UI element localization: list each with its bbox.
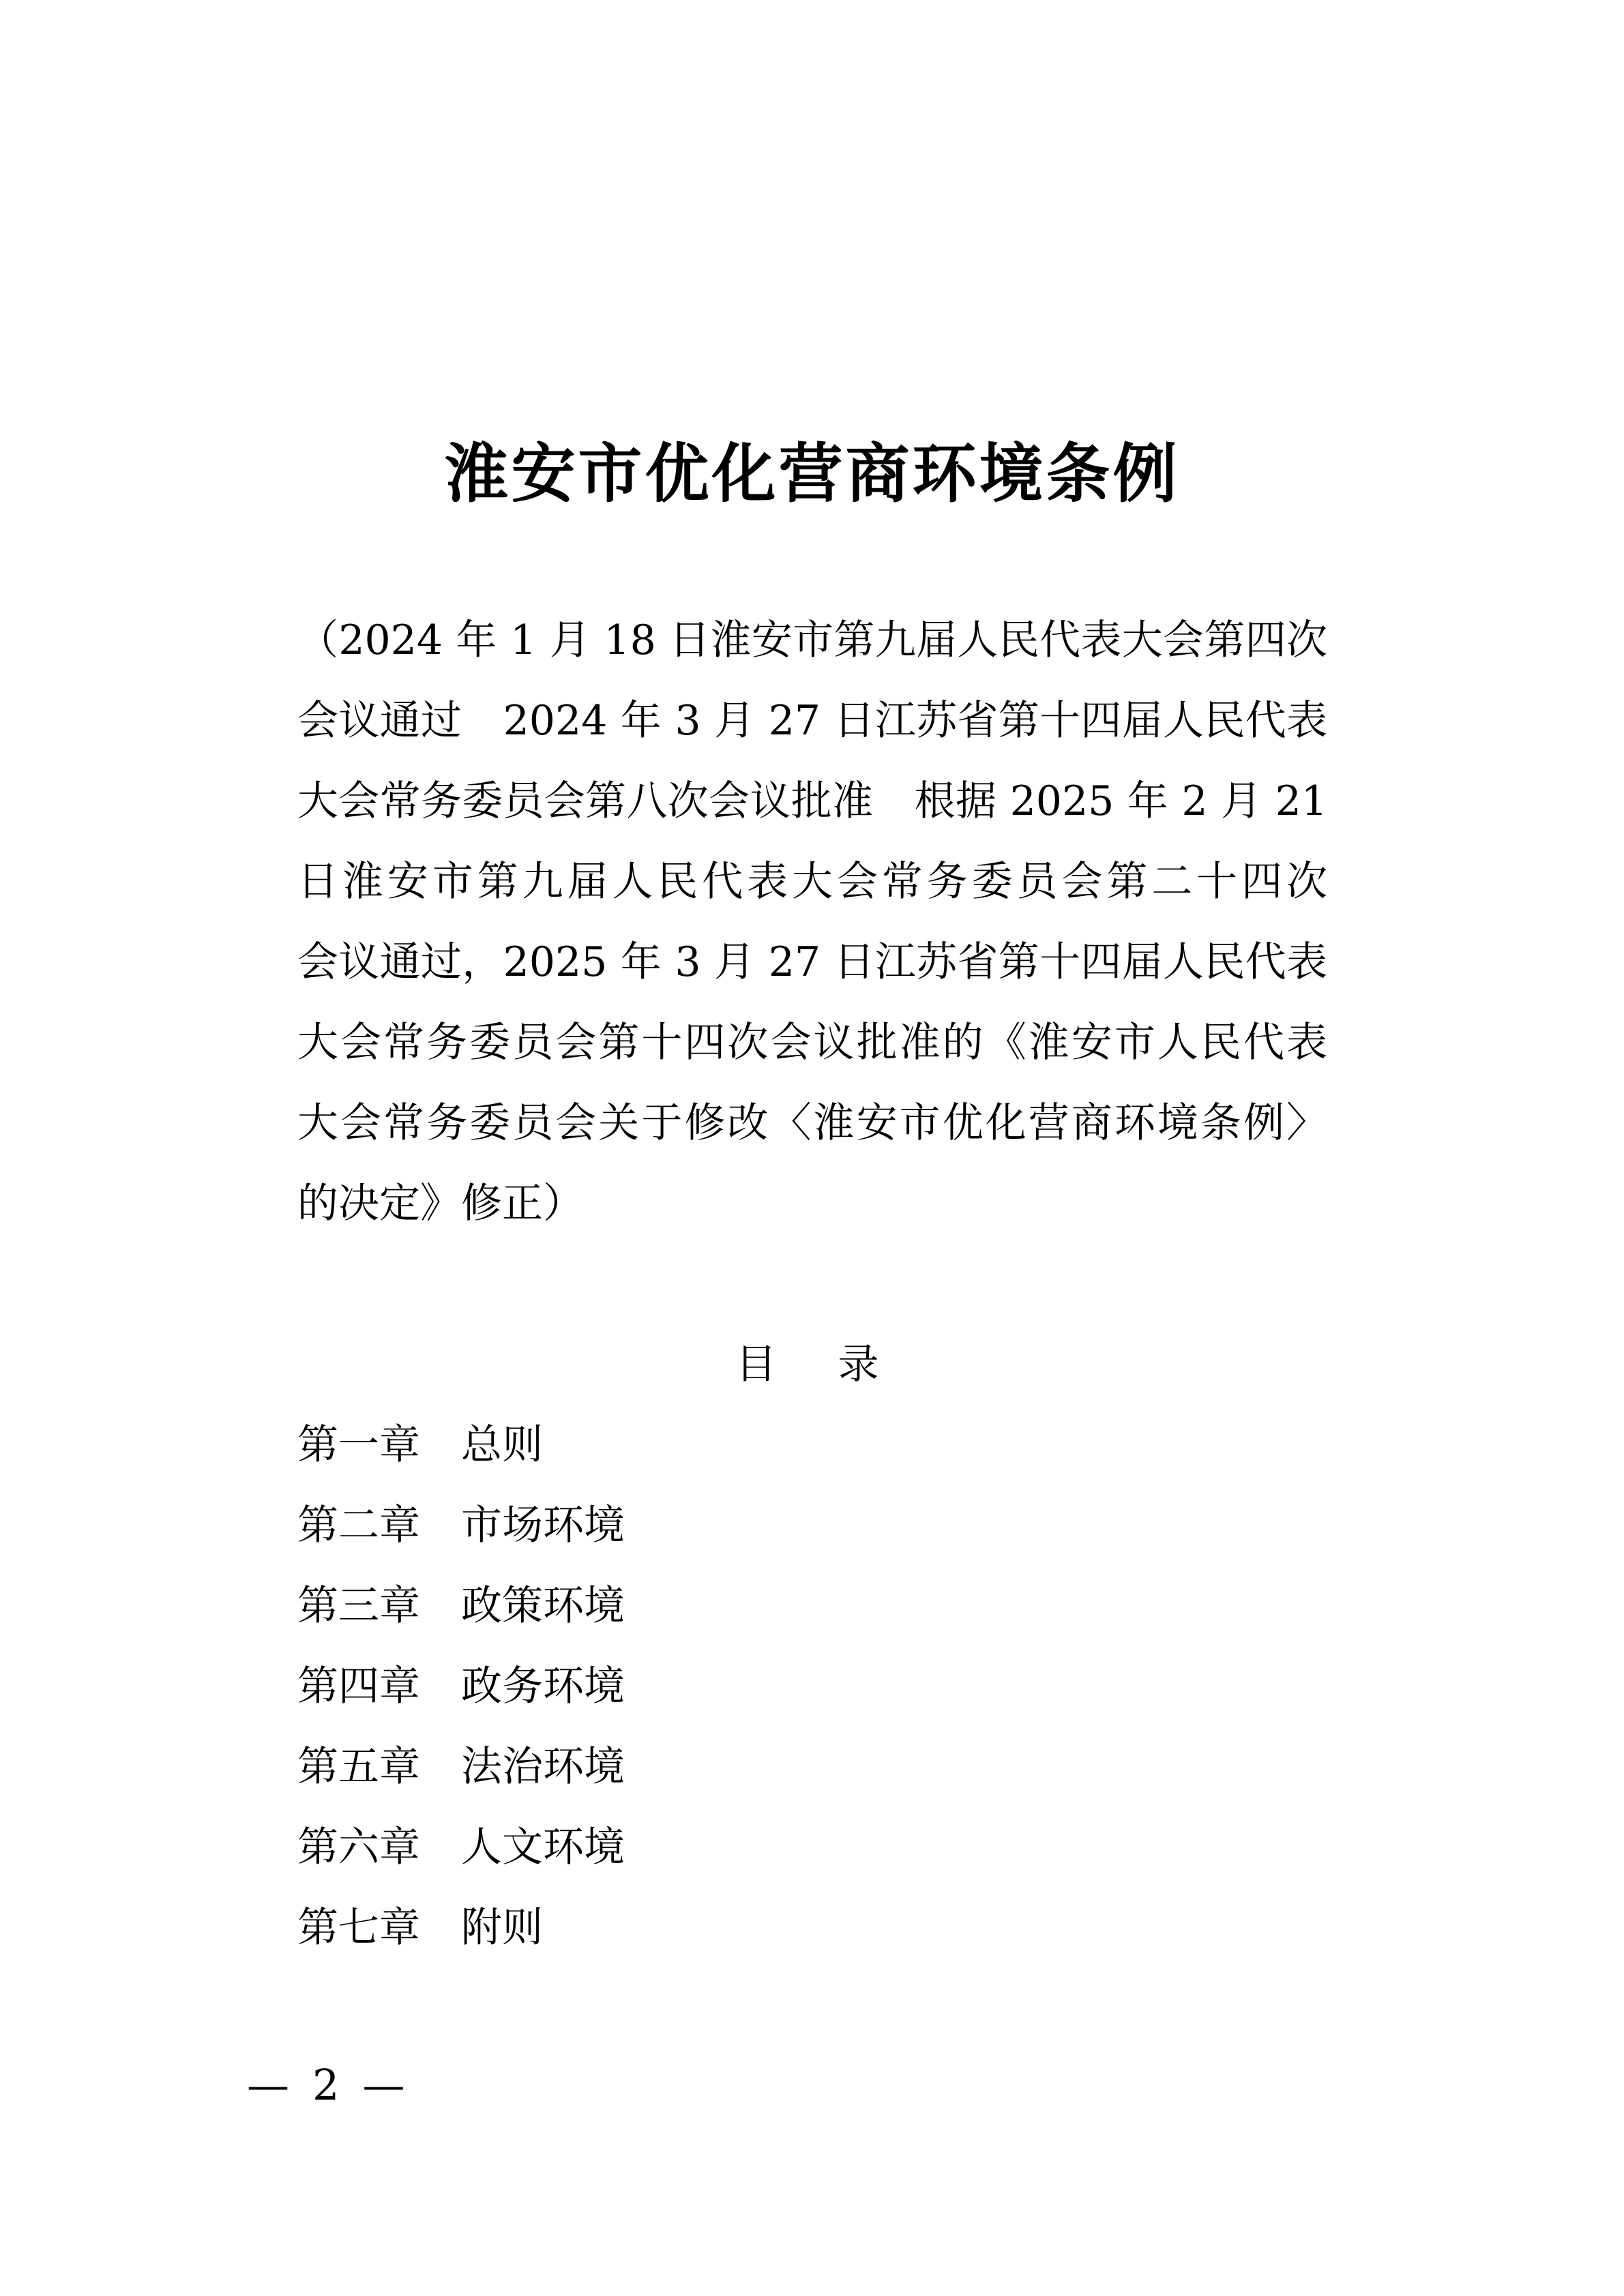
toc-separator [420, 1502, 461, 1549]
page-footer: —2— [247, 2063, 404, 2107]
toc-chapter-label: 第七章 [297, 1904, 420, 1952]
footer-dash-right: — [362, 2060, 404, 2110]
toc-chapter-label: 第三章 [297, 1582, 420, 1630]
document-title: 淮安市优化营商环境条例 [0, 442, 1624, 506]
toc-separator [420, 1582, 461, 1630]
toc-item: 第一章 总则 [297, 1405, 1327, 1485]
toc-chapter-title: 总则 [461, 1421, 543, 1469]
toc-item: 第五章 法治环境 [297, 1727, 1327, 1807]
preamble-line: 大会常务委员会第十四次会议批准的《淮安市人民代表 [297, 1002, 1327, 1083]
page-number: 2 [312, 2060, 339, 2110]
toc-chapter-title: 人文环境 [461, 1823, 625, 1871]
toc-chapter-title: 政务环境 [461, 1663, 625, 1710]
toc-separator [420, 1743, 461, 1791]
toc-item: 第四章 政务环境 [297, 1646, 1327, 1727]
toc-chapter-title: 市场环境 [461, 1502, 625, 1549]
toc-item: 第六章 人文环境 [297, 1807, 1327, 1888]
toc-item: 第七章 附则 [297, 1888, 1327, 1968]
toc-item: 第三章 政策环境 [297, 1566, 1327, 1646]
document-body: （2024 年 1 月 18 日淮安市第九届人民代表大会第四次 会议通过 202… [297, 600, 1327, 1968]
preamble-line: 日淮安市第九届人民代表大会常务委员会第二十四次 [297, 841, 1327, 922]
toc-chapter-label: 第六章 [297, 1823, 420, 1871]
preamble-line: 会议通过，2025 年 3 月 27 日江苏省第十四届人民代表 [297, 922, 1327, 1002]
preamble-line: 大会常务委员会第八次会议批准 根据 2025 年 2 月 21 [297, 761, 1327, 841]
footer-dash-left: — [247, 2060, 289, 2110]
preamble-line: （2024 年 1 月 18 日淮安市第九届人民代表大会第四次 [297, 600, 1327, 681]
toc-chapter-title: 政策环境 [461, 1582, 625, 1630]
toc-chapter-title: 附则 [461, 1904, 543, 1952]
toc-separator [420, 1421, 461, 1469]
toc-chapter-label: 第四章 [297, 1663, 420, 1710]
toc-chapter-label: 第一章 [297, 1421, 420, 1469]
toc-separator [420, 1823, 461, 1871]
toc-chapter-title: 法治环境 [461, 1743, 625, 1791]
toc-item: 第二章 市场环境 [297, 1485, 1327, 1566]
preamble-line: 的决定》修正） [297, 1163, 1327, 1244]
toc-separator [420, 1663, 461, 1710]
toc-list: 第一章 总则 第二章 市场环境 第三章 政策环境 第四章 政务环境 第五章 法治… [297, 1405, 1327, 1968]
preamble-line: 大会常务委员会关于修改〈淮安市优化营商环境条例〉 [297, 1083, 1327, 1163]
toc-heading: 目 录 [297, 1324, 1327, 1405]
toc-separator [420, 1904, 461, 1952]
toc-chapter-label: 第五章 [297, 1743, 420, 1791]
toc-chapter-label: 第二章 [297, 1502, 420, 1549]
preamble-line: 会议通过 2024 年 3 月 27 日江苏省第十四届人民代表 [297, 681, 1327, 761]
document-page: 淮安市优化营商环境条例 （2024 年 1 月 18 日淮安市第九届人民代表大会… [0, 0, 1624, 2296]
